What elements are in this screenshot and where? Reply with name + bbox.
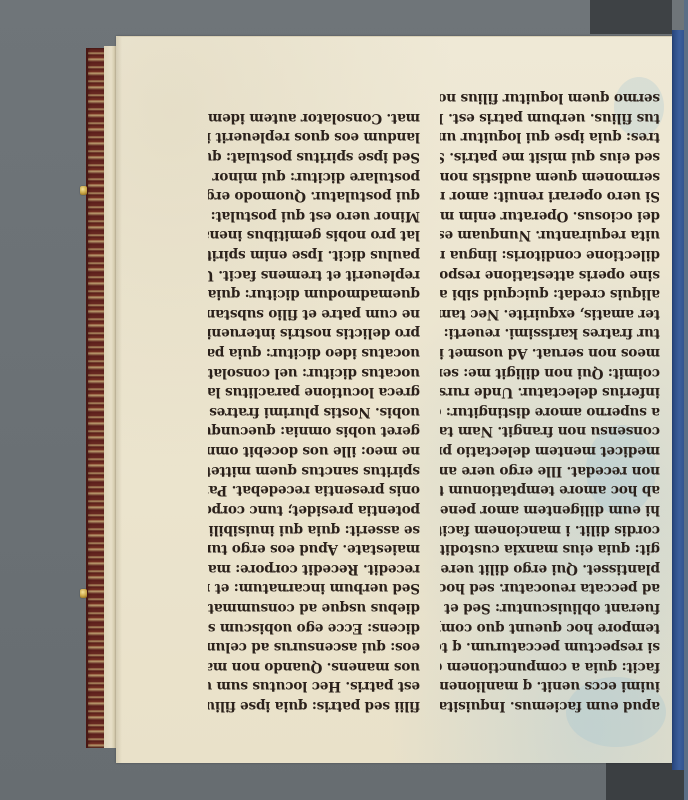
text-line: medicet mentem delectatio praua et [440,440,660,460]
text-line: filii sed patris: quia ipse filius uerbi [208,695,420,715]
text-line: cordis dilit. i mancionem facit in [440,519,660,539]
text-line: dei ociosus. Operatur enim magna: si est… [440,205,660,225]
text-line: dilectione conditoris: lingua mens et [440,244,660,264]
text-line: sine operis attestatione responderit. De [440,264,660,284]
manuscript-page: apud eum faciemus. Inquisitam iuimi eccs… [116,36,672,763]
text-column-a: apud eum faciemus. Inquisitam iuimi eccs… [440,87,660,715]
text-line: repleuerit et tremens facit. Unde [208,264,420,284]
text-line: a superno amore distingitur: quanto [440,401,660,421]
text-line: est patris. Hec locutus sum uobis apud [208,676,420,696]
brass-pin-icon [80,186,87,195]
text-line: si respectum peccaturum. q temptationem [440,637,660,657]
text-line: pro delictis nostris interuenit. Qui nul… [208,323,420,343]
text-line: postulare dicitur: qui minor non est? [208,166,420,186]
text-line: paulus dicit. Ipse enim spiritus postu [208,244,420,264]
text-line: uos manens. Quando non manens apud [208,656,420,676]
text-line: greca locutione paraclitus latina ad [208,382,420,402]
text-line: ad peccata reuocatur. sed hoc minime [440,578,660,598]
text-line: tus filius. uerbum patris est. Et ideo [440,107,660,127]
text-line: spiritus sanctus quem mittet pater in no… [208,460,420,480]
text-line: dicens: Ecce ego uobiscum sum omnibus [208,617,420,637]
text-line: tempore hoc queunt quo compunctum [440,617,660,637]
text-line: mat. Consolator autem idem spiritus [208,107,420,127]
text-line: uobis. Nostis plurimi fratres mei: quod [208,401,420,421]
text-line: onis presentia recedebat. Paraclitus aut… [208,480,420,500]
text-line: iuimi eccs uenit. q manlionem non [440,676,660,696]
text-line: Sed uerbum incarnatum: et manet et [208,578,420,598]
text-line: hi eum diligentem amor penetrauit. ut [440,499,660,519]
text-line: landum eos quos repleuerit inflam [208,127,420,147]
text-line: non recedat. Ille ergo uere amat: cuius [440,460,660,480]
text-line: sermonem quem audistis non est meus: [440,166,660,186]
text-line: coimit: Qui non diligit me: sermones [440,362,660,382]
text-line: eos: qui ascensurus ad celum promittit [208,637,420,657]
text-line: inferius delectatur. Unde rursu hi [440,382,660,402]
text-line: facit: quia a compunctionem quibem [440,656,660,676]
text-line: git: quia eius manxia custodit. mel [440,539,660,559]
text-line: se asserit: quia qui inuisibili semp [208,519,420,539]
text-line: recedit. Recedit corpore: manet et [208,558,420,578]
text-line: ne meo: ille uos docebit omnia: et sug [208,440,420,460]
text-line: quemadmodum dicitur: quia eos quos [208,284,420,304]
text-line: potentia presidet; tunc corporali uisi [208,499,420,519]
text-line: aliquis credat: quicquid sibi animus [440,284,660,304]
text-line: consensu non frangit. Nam tanto quisq [440,421,660,441]
text-line: plantisset. Qui ergo dilit uere dili [440,558,660,578]
text-line: meos non seruat. Ad uosmet ipsos igi [440,342,660,362]
text-line: diebus usque ad consummationem seculi. [208,597,420,617]
text-line: sermo quem loquitur filius non est [440,88,660,108]
text-line: Si uero operari renuit: amor non est. Et [440,186,660,206]
text-line: uocatus dicitur: uel consolator. Qui ad [208,362,420,382]
text-line: qui postulatur. Quomodo ergo spiritus [208,186,420,206]
text-line: tur fratres karissimi. reuerti: si uerac… [440,323,660,343]
text-line: fuerant obliuiscuntur: Sed et spiriti [440,597,660,617]
text-line: ter amatis, exquirite. Nec tamen sibi [440,303,660,323]
binding-edge [684,0,688,800]
text-line: apud eum faciemus. Inquisitam [440,695,660,715]
text-line: sed eius qui misit me patris. Scitis fra [440,146,660,166]
text-line: ab hoc amore temptationum tempore [440,480,660,500]
text-line: uocatus ideo dicitur: quia patris aures [208,342,420,362]
text-line: lat pro nobis gemitibus inenarrabilibus. [208,225,420,245]
cradle-top [590,0,672,34]
text-line: maiestate. Apud eos ergo tunc manere [208,539,420,559]
text-line: Minor uero est qui postulat: quam [208,205,420,225]
brass-pin-icon [80,589,87,598]
text-column-b: filii sed patris: quia ipse filius uerbi… [208,87,420,715]
text-line: uita requirantur. Nunquam est amor [440,225,660,245]
text-line: ne cum patre et filio substantie ipse [208,303,420,323]
text-line: tres: quia ipse qui loquitur unigeni [440,127,660,147]
text-line: Sed ipse spiritus postulat: quia ad post… [208,146,420,166]
text-line: geret uobis omnia: quecunque dixero [208,421,420,441]
